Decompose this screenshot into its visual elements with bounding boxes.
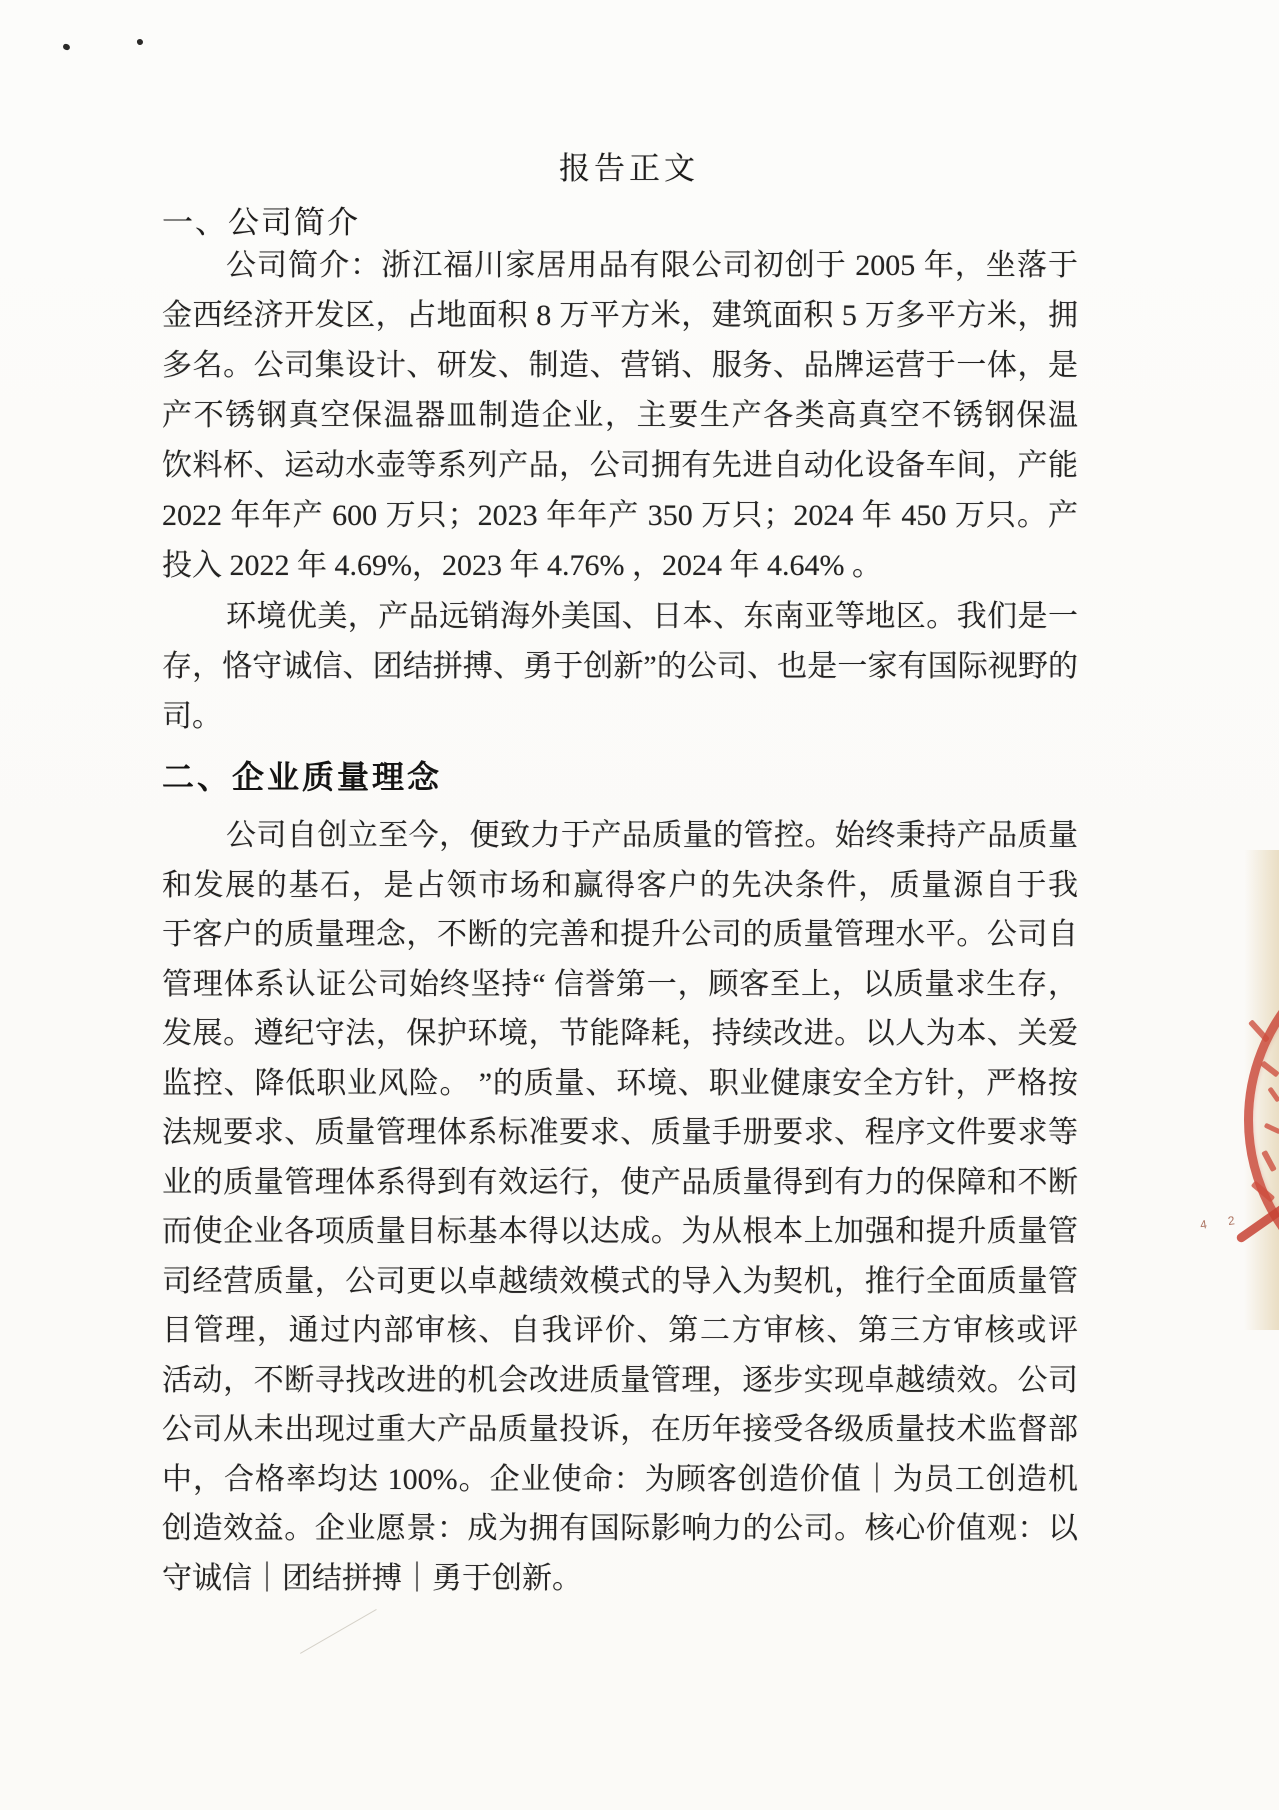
text-line: 司。 bbox=[162, 692, 1078, 742]
text-line: 监控、降低职业风险。 ”的质量、环境、职业健康安全方针，严格按相关法律 bbox=[162, 1059, 1078, 1109]
section-2-heading: 二、企业质量理念 bbox=[162, 752, 442, 798]
text-line: 法规要求、质量管理体系标准要求、质量手册要求、程序文件要求等执行，使企 bbox=[162, 1108, 1078, 1158]
text-line: 投入 2022 年 4.69%，2023 年 4.76% ，2024 年 4.6… bbox=[162, 541, 1078, 591]
text-line: 而使企业各项质量目标基本得以达成。为从根本上加强和提升质量管理，提高公 bbox=[162, 1207, 1078, 1257]
dust-speck bbox=[62, 43, 71, 51]
text-line: 金西经济开发区，占地面积 8 万平方米，建筑面积 5 万多平方米，拥有员工 40… bbox=[162, 291, 1078, 341]
text-line: 司经营质量，公司更以卓越绩效模式的导入为契机，推行全面质量管理，运用项 bbox=[162, 1257, 1078, 1307]
scanned-report-page: 报告正文 一、公司简介 公司简介：浙江福川家居用品有限公司初创于 2005 年，… bbox=[0, 0, 1279, 1810]
text-line: 公司自创立至今，便致力于产品质量的管控。始终秉持产品质量是企业生存 bbox=[162, 811, 1078, 861]
text-line: 环境优美，产品远销海外美国、日本、东南亚等地区。我们是一家“以质求 bbox=[162, 592, 1078, 642]
scan-scratch bbox=[300, 1609, 377, 1654]
text-line: 公司简介：浙江福川家居用品有限公司初创于 2005 年，坐落于美丽的金华 bbox=[162, 241, 1078, 291]
text-line: 发展。遵纪守法，保护环境，节能降耗，持续改进。以人为本、关爱生命、预防 bbox=[162, 1009, 1078, 1059]
text-line: 创造效益。企业愿景：成为拥有国际影响力的公司。核心价值观：以质求存｜恪 bbox=[162, 1504, 1078, 1554]
seal-ring bbox=[1244, 1000, 1279, 1300]
text-line: 产不锈钢真空保温器皿制造企业，主要生产各类高真空不锈钢保温杯、咖啡杯、 bbox=[162, 391, 1078, 441]
text-line: 公司从未出现过重大产品质量投诉，在历年接受各级质量技术监督部门的抽检 bbox=[162, 1405, 1078, 1455]
text-line: 多名。公司集设计、研发、制造、营销、服务、品牌运营于一体，是一家专业生 bbox=[162, 341, 1078, 391]
section-1-heading: 一、公司简介 bbox=[162, 197, 360, 242]
paragraph-company-intro: 公司简介：浙江福川家居用品有限公司初创于 2005 年，坐落于美丽的金华 金西经… bbox=[162, 241, 1078, 591]
text-line: 和发展的基石，是占领市场和赢得客户的先决条件，质量源自于我心，企业依存 bbox=[162, 861, 1078, 911]
text-line: 管理体系认证公司始终坚持“ 信誉第一，顾客至上，以质量求生存，以创新求 bbox=[162, 960, 1078, 1010]
text-line: 守诚信｜团结拼搏｜勇于创新。 bbox=[162, 1554, 1078, 1604]
text-line: 饮料杯、运动水壶等系列产品，公司拥有先进自动化设备车间，产能 850 万只， bbox=[162, 441, 1078, 491]
page-title: 报告正文 bbox=[162, 143, 1078, 188]
text-line: 目管理，通过内部审核、自我评价、第二方审核、第三方审核或评价、质量月等 bbox=[162, 1306, 1078, 1356]
text-line: 业的质量管理体系得到有效运行，使产品质量得到有力的保障和不断的提升，从 bbox=[162, 1158, 1078, 1208]
dust-speck bbox=[137, 39, 144, 46]
paragraph-environment: 环境优美，产品远销海外美国、日本、东南亚等地区。我们是一家“以质求 存，恪守诚信… bbox=[162, 592, 1078, 742]
red-seal-fragment-icon bbox=[1230, 1000, 1279, 1300]
text-line: 存，恪守诚信、团结拼搏、勇于创新”的公司、也是一家有国际视野的现代化公 bbox=[162, 642, 1078, 692]
text-line: 2022 年年产 600 万只；2023 年年产 350 万只；2024 年 4… bbox=[162, 491, 1078, 541]
paragraph-quality-philosophy: 公司自创立至今，便致力于产品质量的管控。始终秉持产品质量是企业生存 和发展的基石… bbox=[162, 811, 1078, 1603]
text-line: 中，合格率均达 100%。企业使命：为顾客创造价值｜为员工创造机会｜为社会 bbox=[162, 1455, 1078, 1505]
text-line: 活动，不断寻找改进的机会改进质量管理，逐步实现卓越绩效。公司自建立以来， bbox=[162, 1356, 1078, 1406]
text-line: 于客户的质量理念，不断的完善和提升公司的质量管理水平。公司自从通过质量 bbox=[162, 910, 1078, 960]
